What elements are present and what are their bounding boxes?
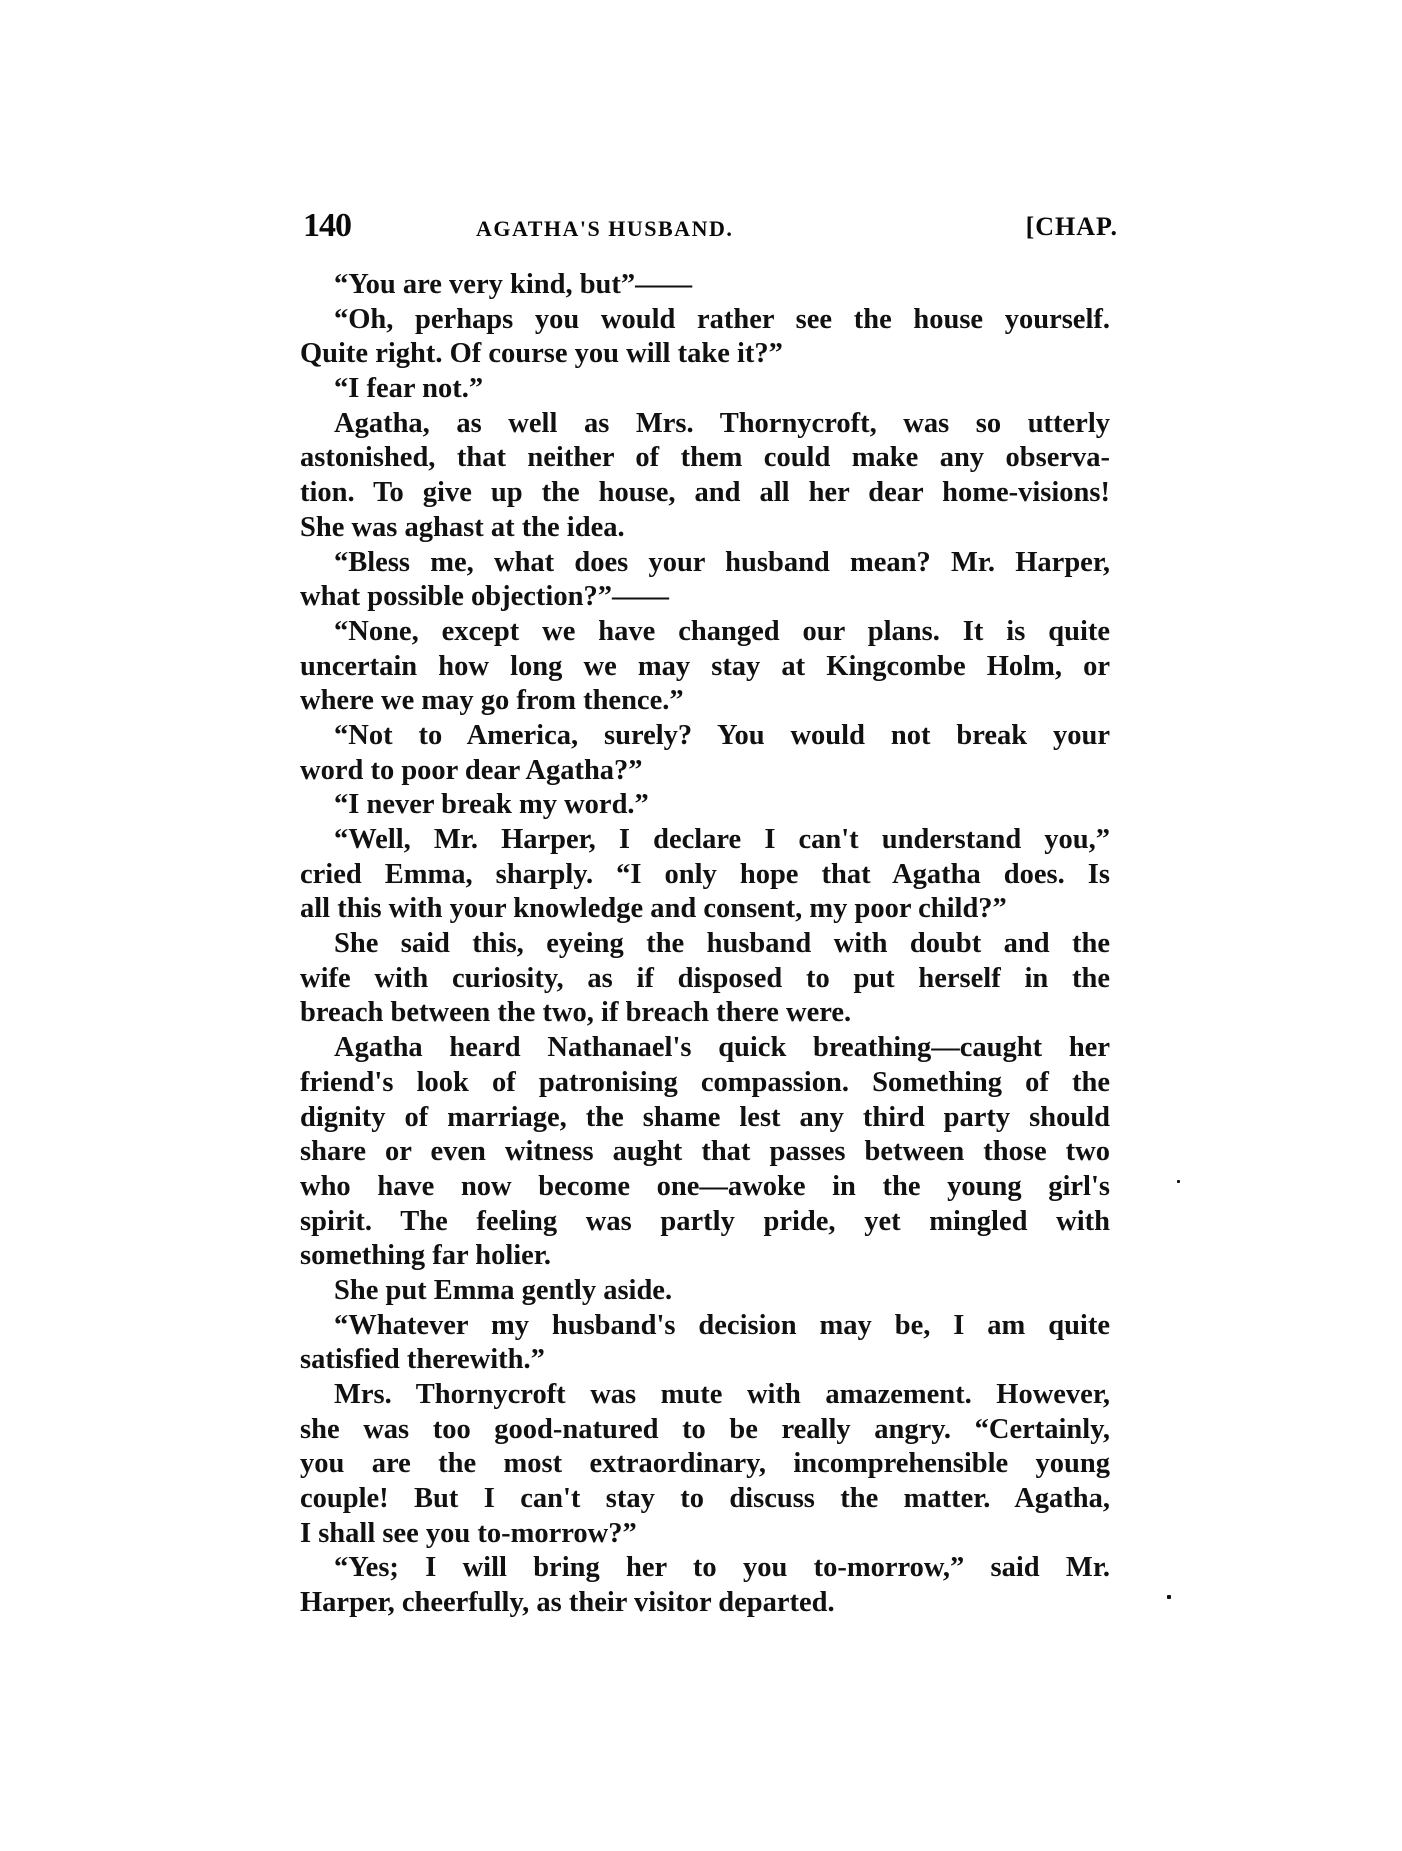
text-line: you are the most extraordinary, incompre… xyxy=(300,1447,1110,1482)
text-line: spirit. The feeling was partly pride, ye… xyxy=(300,1205,1110,1240)
text-line: uncertain how long we may stay at Kingco… xyxy=(300,650,1110,685)
text-line: “I never break my word.” xyxy=(300,788,1110,823)
text-line: “Not to America, surely? You would not b… xyxy=(300,719,1110,754)
text-line: astonished, that neither of them could m… xyxy=(300,441,1110,476)
text-line: She said this, eyeing the husband with d… xyxy=(300,927,1110,962)
text-line: word to poor dear Agatha?” xyxy=(300,754,1110,789)
text-line: tion. To give up the house, and all her … xyxy=(300,476,1110,511)
text-line: “Bless me, what does your husband mean? … xyxy=(300,546,1110,581)
text-line: “None, except we have changed our plans.… xyxy=(300,615,1110,650)
text-line: “Well, Mr. Harper, I declare I can't und… xyxy=(300,823,1110,858)
running-title: AGATHA'S HUSBAND. xyxy=(476,212,733,246)
body-text: “You are very kind, but”—— “Oh, perhaps … xyxy=(300,268,1110,1621)
text-line: she was too good-natured to be really an… xyxy=(300,1413,1110,1448)
page-header: 140 AGATHA'S HUSBAND. [CHAP. xyxy=(303,206,1118,246)
text-line: She was aghast at the idea. xyxy=(300,511,1110,546)
text-line: Mrs. Thornycroft was mute with amazement… xyxy=(300,1378,1110,1413)
text-line: all this with your knowledge and consent… xyxy=(300,892,1110,927)
text-line: Harper, cheerfully, as their visitor dep… xyxy=(300,1586,1110,1621)
text-line: “I fear not.” xyxy=(300,372,1110,407)
text-line: wife with curiosity, as if disposed to p… xyxy=(300,962,1110,997)
text-line: what possible objection?”—— xyxy=(300,580,1110,615)
scan-speck xyxy=(1167,1595,1171,1599)
text-line: Agatha, as well as Mrs. Thornycroft, was… xyxy=(300,407,1110,442)
text-line: She put Emma gently aside. xyxy=(300,1274,1110,1309)
text-line: “Whatever my husband's decision may be, … xyxy=(300,1309,1110,1344)
text-line: “Yes; I will bring her to you to-morrow,… xyxy=(300,1551,1110,1586)
text-line: where we may go from thence.” xyxy=(300,684,1110,719)
text-line: friend's look of patronising compassion.… xyxy=(300,1066,1110,1101)
scan-speck xyxy=(1177,1180,1180,1183)
text-line: satisfied therewith.” xyxy=(300,1343,1110,1378)
text-line: breach between the two, if breach there … xyxy=(300,996,1110,1031)
text-line: cried Emma, sharply. “I only hope that A… xyxy=(300,858,1110,893)
text-line: couple! But I can't stay to discuss the … xyxy=(300,1482,1110,1517)
page-number: 140 xyxy=(303,206,351,246)
text-line: Agatha heard Nathanael's quick breathing… xyxy=(300,1031,1110,1066)
book-page: 140 AGATHA'S HUSBAND. [CHAP. “You are ve… xyxy=(0,0,1402,1851)
text-line: “You are very kind, but”—— xyxy=(300,268,1110,303)
text-line: who have now become one—awoke in the you… xyxy=(300,1170,1110,1205)
text-line: something far holier. xyxy=(300,1239,1110,1274)
text-line: share or even witness aught that passes … xyxy=(300,1135,1110,1170)
text-line: dignity of marriage, the shame lest any … xyxy=(300,1101,1110,1136)
text-line: “Oh, perhaps you would rather see the ho… xyxy=(300,303,1110,338)
text-line: Quite right. Of course you will take it?… xyxy=(300,337,1110,372)
chapter-marker: [CHAP. xyxy=(1026,208,1118,246)
text-line: I shall see you to-morrow?” xyxy=(300,1517,1110,1552)
